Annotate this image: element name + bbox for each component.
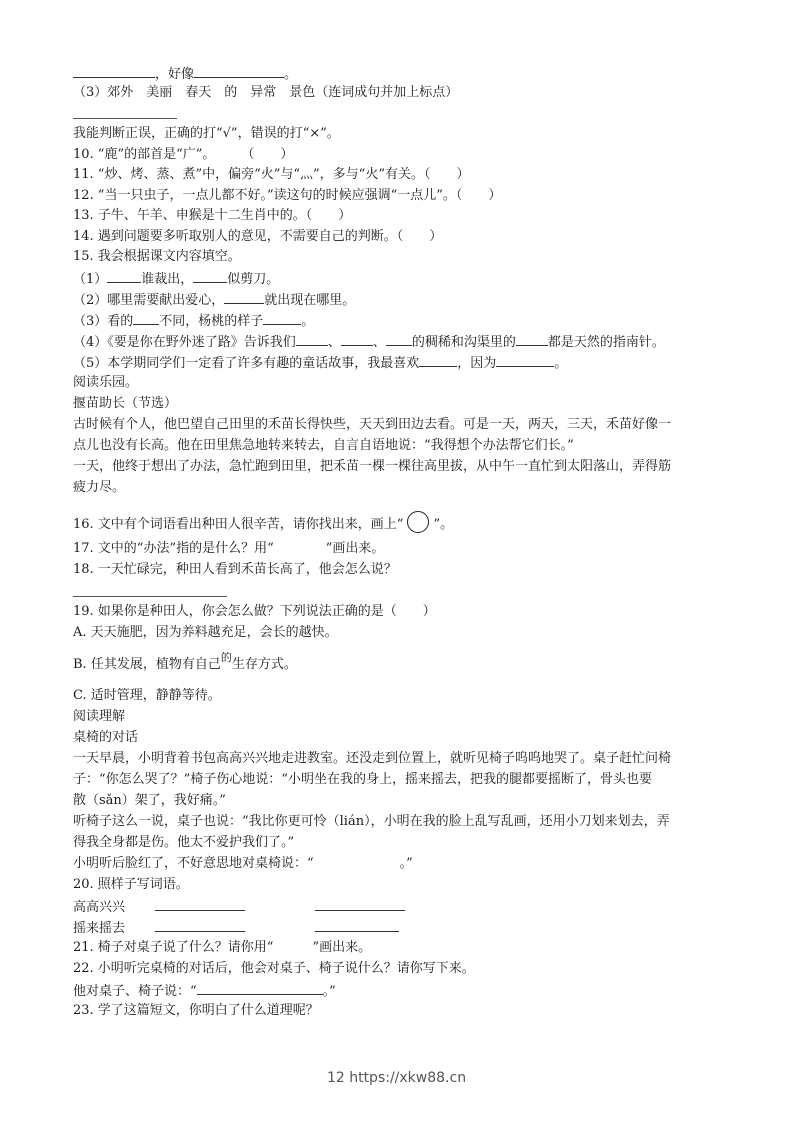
text: 16. 文中有个词语看出种田人很辛苦，请你找出来，画上“ — [73, 517, 403, 532]
question-15-part3: （3）看的不同，杨桃的样子。 — [73, 311, 314, 331]
word-example-2: 摇来摇去 — [73, 918, 399, 938]
answer-blank[interactable] — [315, 897, 405, 911]
passage-text: 古时候有个人，他巴望自己田里的禾苗长得快些，天天到田边去看。可是一天，两天，三天… — [73, 416, 671, 434]
option-a[interactable]: A. 天天施肥，因为养料越充足，会长的越快。 — [73, 624, 338, 642]
question-15-title: 15. 我会根据课文内容填空。 — [73, 248, 241, 266]
answer-blank[interactable] — [73, 64, 155, 78]
question-11: 11. “炒、烤、蒸、煮”中，偏旁“火”与“灬”，多与“火”有关。（ ） — [73, 166, 469, 184]
answer-blank[interactable] — [107, 269, 141, 283]
question-16: 16. 文中有个词语看出种田人很辛苦，请你找出来，画上“”。 — [73, 511, 453, 534]
question-22: 22. 小明听完桌椅的对话后，他会对桌子、椅子说什么？请你写下来。 — [73, 960, 475, 978]
answer-blank[interactable] — [315, 918, 399, 932]
text: 似剪刀。 — [227, 272, 279, 287]
text: ，因为 — [457, 356, 496, 371]
answer-blank[interactable] — [133, 311, 159, 325]
question-20: 20. 照样子写词语。 — [73, 876, 189, 894]
answer-blank[interactable] — [341, 332, 373, 346]
answer-blank[interactable] — [193, 269, 227, 283]
answer-blank[interactable] — [224, 290, 264, 304]
answer-blank[interactable] — [197, 981, 323, 995]
answer-blank[interactable] — [155, 918, 245, 932]
answer-blank[interactable] — [386, 332, 412, 346]
page-footer: 12 https://xkw88.cn — [0, 1070, 793, 1086]
text: 不同，杨桃的样子 — [159, 314, 263, 329]
word-example-1: 高高兴兴 — [73, 897, 405, 917]
passage-text: 疲力尽。 — [73, 479, 125, 497]
section-instruction: 我能判断正误，正确的打“√”，错误的打“×”。 — [73, 125, 340, 143]
fill-line-simile: ，好像。 — [73, 64, 297, 84]
question-15-part4: （4）《要是你在野外迷了路》告诉我们、、的稠稀和沟渠里的都是天然的指南针。 — [73, 332, 665, 352]
answer-blank[interactable] — [263, 311, 301, 325]
question-19: 19. 如果你是种田人，你会怎么做？下列说法正确的是（ ） — [73, 603, 436, 621]
text: （3）看的 — [73, 314, 133, 329]
passage-text: 听椅子这么一说，桌子也说：“我比你更可怜（lián），小明在我的脸上乱写乱画，还… — [73, 813, 670, 831]
text: 。 — [554, 356, 567, 371]
question-item-3: （3）郊外 美丽 春天 的 异常 景色（连词成句并加上标点） — [73, 84, 458, 102]
text: 的稠稀和沟渠里的 — [412, 335, 516, 350]
passage-title: 桌椅的对话 — [73, 729, 138, 747]
question-22-answer: 他对桌子、椅子说：“。” — [73, 981, 336, 1001]
text: 。 — [301, 314, 314, 329]
passage-text: 一天，他终于想出了办法，急忙跑到田里，把禾苗一棵一棵往高里拔，从中午一直忙到太阳… — [73, 458, 671, 476]
passage-text: 一天早晨，小明背着书包高高兴兴地走进教室。还没走到位置上，就听见椅子呜呜地哭了。… — [73, 750, 671, 768]
text: ”。 — [433, 517, 453, 532]
example-word: 摇来摇去 — [73, 921, 125, 936]
question-15-part5: （5）本学期同学们一定看了许多有趣的童话故事，我最喜欢，因为。 — [73, 353, 567, 373]
passage-title: 揠苗助长（节选） — [73, 395, 177, 413]
text: 。” — [323, 984, 336, 999]
section-heading: 阅读乐园。 — [73, 374, 138, 392]
text: 、 — [328, 335, 341, 350]
passage-text: 散（sǎn）架了，我好痛。” — [73, 792, 226, 810]
question-12: 12. “当一只虫子，一点儿都不好。”读这句的时候应强调“一点儿”。（ ） — [73, 187, 501, 205]
text: （5）本学期同学们一定看了许多有趣的童话故事，我最喜欢 — [73, 356, 419, 371]
answer-blank[interactable] — [296, 332, 328, 346]
text: 、 — [373, 335, 386, 350]
text: （4）《要是你在野外迷了路》告诉我们 — [73, 335, 296, 350]
text: ，好像 — [155, 67, 194, 82]
text: 就出现在哪里。 — [264, 293, 355, 308]
text: 。 — [284, 67, 297, 82]
question-23: 23. 学了这篇短文，你明白了什么道理呢？ — [73, 1002, 319, 1020]
text: 的 — [221, 651, 232, 664]
text: （1） — [73, 272, 107, 287]
question-15-part1: （1）谁裁出，似剪刀。 — [73, 269, 279, 289]
example-word: 高高兴兴 — [73, 900, 125, 915]
question-17: 17. 文中的“办法”指的是什么？用“ ”画出来。 — [73, 540, 384, 558]
passage-text: 点儿也没有长高。他在田里焦急地转来转去，自言自语地说：“我得想个办法帮它们长。” — [73, 437, 574, 455]
answer-blank[interactable] — [496, 353, 554, 367]
worksheet-page: ，好像。 （3）郊外 美丽 春天 的 异常 景色（连词成句并加上标点） 我能判断… — [0, 0, 793, 1122]
option-c[interactable]: C. 适时管理，静静等待。 — [73, 687, 221, 705]
circle-mark-icon — [407, 511, 429, 533]
passage-text: 子：“你怎么哭了？”椅子伤心地说：“小明坐在我的身上，摇来摇去，把我的腿都要摇断… — [73, 771, 652, 789]
section-heading: 阅读理解 — [73, 708, 125, 726]
question-15-part2: （2）哪里需要献出爱心，就出现在哪里。 — [73, 290, 355, 310]
answer-line[interactable] — [73, 118, 177, 119]
question-21: 21. 椅子对桌子说了什么？请你用“ ”画出来。 — [73, 939, 371, 957]
text: 他对桌子、椅子说：“ — [73, 984, 197, 999]
answer-blank[interactable] — [419, 353, 457, 367]
answer-line[interactable] — [73, 596, 227, 597]
text: B. 任其发展，植物有自己 — [73, 657, 221, 672]
question-13: 13. 子牛、午羊、申猴是十二生肖中的。（ ） — [73, 207, 351, 225]
text: 生存方式。 — [232, 657, 297, 672]
question-18: 18. 一天忙碌完，种田人看到禾苗长高了，他会怎么说？ — [73, 561, 397, 579]
passage-text: 小明听后脸红了，不好意思地对桌椅说：“。” — [73, 855, 413, 873]
passage-text: 得我全身都是伤。他太不爱护我们了。” — [73, 834, 294, 852]
answer-blank[interactable] — [516, 332, 548, 346]
option-b[interactable]: B. 任其发展，植物有自己的生存方式。 — [73, 656, 297, 674]
text: 。” — [400, 856, 413, 871]
answer-blank[interactable] — [155, 897, 245, 911]
text: 谁裁出， — [141, 272, 193, 287]
question-10: 10. “鹿”的部首是“广”。 （ ） — [73, 146, 293, 164]
question-14: 14. 遇到问题要多听取别人的意见，不需要自己的判断。（ ） — [73, 228, 442, 246]
text: 都是天然的指南针。 — [548, 335, 665, 350]
text: （2）哪里需要献出爱心， — [73, 293, 224, 308]
text: 小明听后脸红了，不好意思地对桌椅说：“ — [73, 856, 314, 871]
answer-blank[interactable] — [194, 64, 284, 78]
